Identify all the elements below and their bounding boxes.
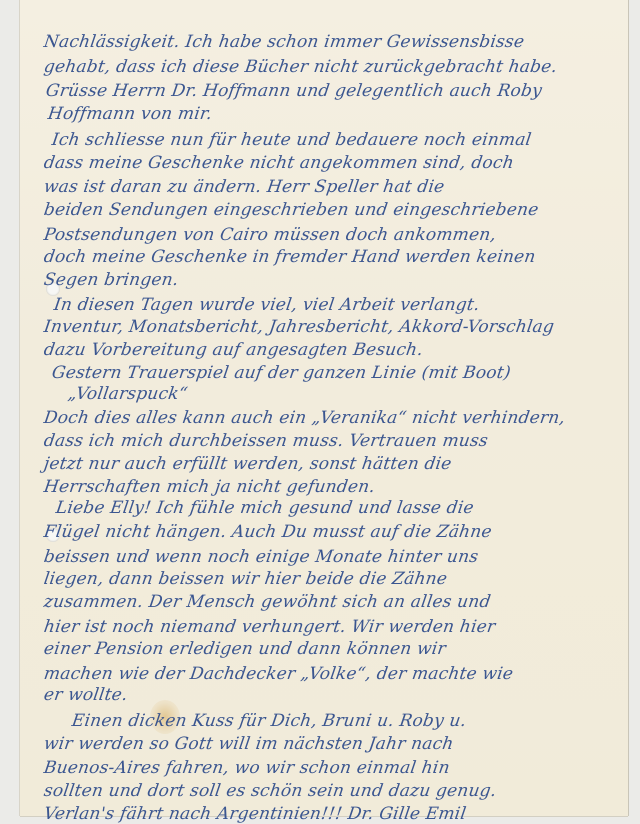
letter-line: dass meine Geschenke nicht angekommen si… (43, 153, 516, 173)
letter-line: Gestern Trauerspiel auf der ganzen Linie… (51, 363, 512, 383)
letter-line: doch meine Geschenke in fremder Hand wer… (43, 247, 537, 267)
letter-line: machen wie der Dachdecker „Volke“, der m… (43, 664, 515, 684)
letter-line: Liebe Elly! Ich fühle mich gesund und la… (55, 498, 475, 518)
letter-line: Postsendungen von Cairo müssen doch anko… (43, 225, 498, 245)
letter-line: Inventur, Monatsbericht, Jahresbericht, … (43, 317, 556, 337)
letter-line: Hoffmann von mir. (47, 104, 214, 124)
letter-line: gehabt, dass ich diese Bücher nicht zurü… (43, 57, 559, 77)
letter-line: zusammen. Der Mensch gewöhnt sich an all… (43, 592, 492, 612)
closing-line: sollten und dort soll es schön sein und … (43, 781, 498, 801)
letter-line: Ich schliesse nun für heute und bedauere… (51, 130, 533, 150)
letter-line: einer Pension erledigen und dann können … (43, 639, 448, 659)
letter-line: dazu Vorbereitung auf angesagten Besuch. (43, 340, 425, 360)
letter-line: beiden Sendungen eingeschrieben und eing… (43, 200, 540, 220)
letter-line: dass ich mich durchbeissen muss. Vertrau… (43, 431, 490, 451)
letter-line: Grüsse Herrn Dr. Hoffmann und gelegentli… (45, 81, 544, 101)
letter-line: In diesen Tagen wurde viel, viel Arbeit … (53, 295, 481, 315)
closing-line: Verlan's fährt nach Argentinien!!! Dr. G… (43, 804, 468, 824)
letter-line: Segen bringen. (43, 270, 180, 290)
letter-line: hier ist noch niemand verhungert. Wir we… (43, 617, 497, 637)
letter-line: jetzt nur auch erfüllt werden, sonst hät… (43, 454, 453, 474)
closing-line: wir werden so Gott will im nächsten Jahr… (43, 734, 455, 754)
letter-line: Nachlässigkeit. Ich habe schon immer Gew… (43, 32, 526, 52)
letter-line: er wollte. (43, 685, 129, 705)
letter-line: was ist daran zu ändern. Herr Speller ha… (43, 177, 446, 197)
letter-line: Herrschaften mich ja nicht gefunden. (43, 477, 377, 497)
letter-line: liegen, dann beissen wir hier beide die … (43, 569, 449, 589)
letter-line: „Vollarspuck“ (67, 384, 189, 404)
scanned-page: Nachlässigkeit. Ich habe schon immer Gew… (0, 0, 640, 824)
letter-line: Flügel nicht hängen. Auch Du musst auf d… (43, 522, 494, 542)
letter-line: beissen und wenn noch einige Monate hint… (43, 547, 480, 567)
closing-line: Buenos-Aires fahren, wo wir schon einmal… (43, 758, 451, 778)
closing-line: Einen dicken Kuss für Dich, Bruni u. Rob… (71, 711, 468, 731)
letter-line: Doch dies alles kann auch ein „Veranika“… (43, 408, 567, 428)
